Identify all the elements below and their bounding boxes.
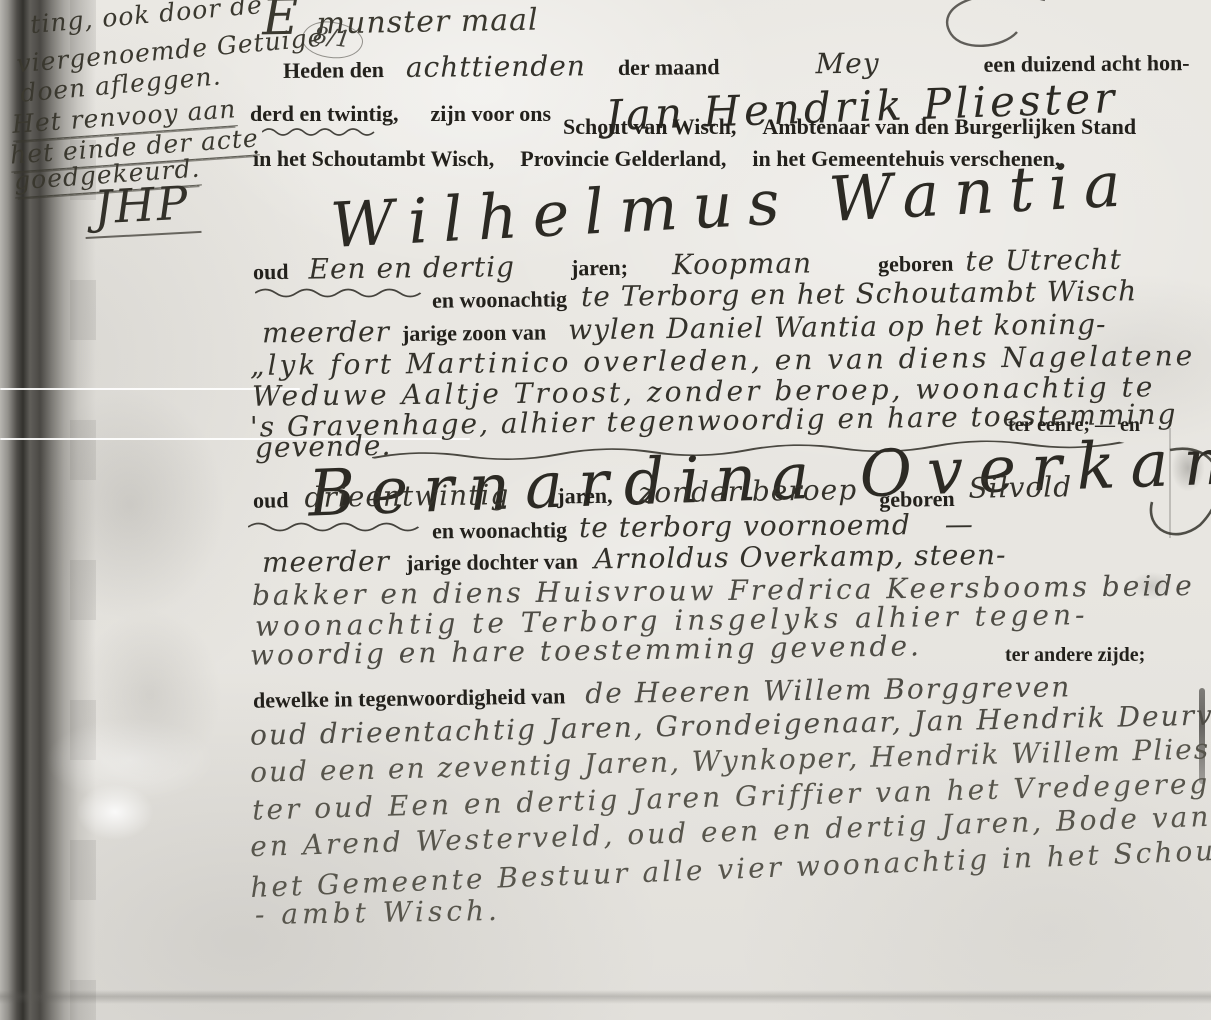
groom-birthplace: te Utrecht	[965, 243, 1122, 278]
printed-text: jaren,	[557, 483, 613, 510]
handwritten-text: meerder	[262, 315, 390, 349]
document-scan: E munster maal 8/1 ting, ook door de vie…	[0, 0, 1211, 1020]
handwritten-month: Mey	[815, 47, 879, 81]
printed-text: jaren;	[571, 255, 628, 282]
act-line-3: Schout van Wisch, Ambtenaar van den Burg…	[563, 114, 1136, 140]
filler-squiggle	[255, 286, 425, 300]
act-line-19-right: ter andere zijde;	[1005, 644, 1145, 667]
pen-flourish	[925, 0, 1055, 52]
bride-age: drieentwintig	[304, 478, 509, 514]
printed-text: Heden den	[283, 57, 384, 84]
filler-squiggle	[262, 126, 377, 138]
printed-text: ter andere zijde;	[1005, 644, 1145, 667]
filler-squiggle	[248, 520, 423, 534]
pen-loop-flourish	[1140, 440, 1211, 540]
printed-text: zijn voor ons	[431, 101, 552, 127]
printed-text: in het Schoutambt Wisch,	[253, 146, 494, 172]
printed-text: derd en twintig,	[250, 101, 399, 127]
registrar-initials-wrap: JHP	[83, 175, 201, 235]
bride-father: Arnoldus Overkamp, steen-	[594, 538, 1007, 575]
printed-text: oud	[253, 487, 289, 513]
handwritten-text: meerder	[262, 545, 390, 579]
handwritten-day: achttienden	[406, 49, 586, 84]
printed-text: oud	[253, 259, 289, 285]
bride-occupation: zonder beroep	[638, 473, 857, 509]
printed-text: der maand	[618, 54, 720, 81]
printed-text: Schout van Wisch,	[563, 114, 736, 140]
groom-occupation: Koopman	[672, 246, 812, 281]
act-line-26: - ambt Wisch.	[255, 894, 501, 931]
handwritten-text: - ambt Wisch.	[255, 894, 501, 931]
registrar-initials: JHP	[83, 175, 201, 239]
bride-birthplace: Silvold	[968, 470, 1072, 504]
printed-text: Ambtenaar van den Burgerlijken Stand	[762, 114, 1136, 140]
filler-dash: —	[945, 508, 974, 541]
printed-text: dewelke in tegenwoordigheid van	[253, 683, 566, 713]
printed-text: jarige zoon van	[402, 319, 546, 347]
printed-text: Provincie Gelderland,	[520, 146, 726, 172]
printed-text: geboren	[878, 251, 954, 278]
printed-text: en woonachtig	[432, 517, 567, 544]
printed-text: jarige dochter van	[406, 549, 578, 577]
printed-text: en woonachtig	[432, 286, 567, 313]
bottom-crease	[0, 990, 1211, 1004]
